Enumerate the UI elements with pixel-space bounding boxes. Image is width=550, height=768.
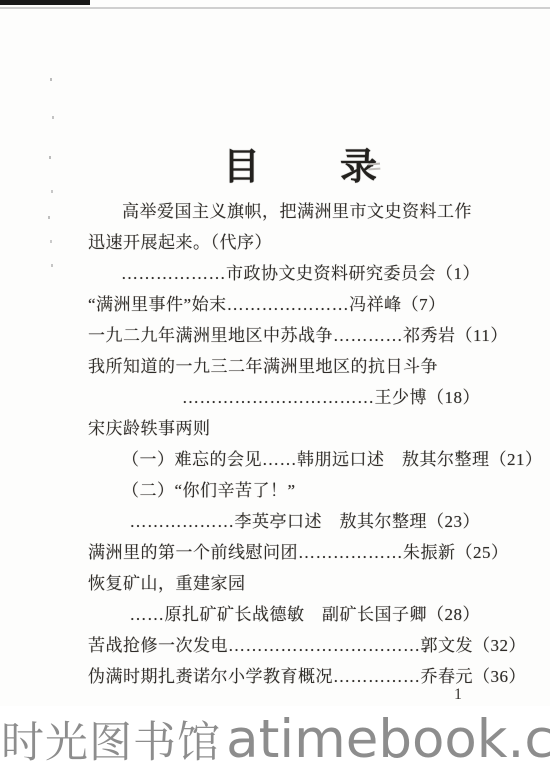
toc-line: ……………………………王少博（18）	[88, 382, 480, 413]
watermark-cjk-label: 时光图书馆	[1, 718, 221, 768]
scan-edge-artifact	[0, 0, 90, 5]
watermark-text: 时光图书馆 atimebook.com	[1, 713, 550, 766]
toc-line: 高举爱国主义旗帜，把满洲里市文史资料工作	[88, 196, 480, 227]
toc-line: ………………李英亭口述 敖其尔整理（23）	[88, 506, 480, 537]
toc-line: 伪满时期扎赉诺尔小学教育概况……………乔春元（36）	[88, 661, 480, 692]
page-title: 目 录	[0, 136, 550, 190]
toc-line: 一九二九年满洲里地区中苏战争…………祁秀岩（11）	[88, 320, 480, 351]
toc-line: ……原扎矿矿长战德敏 副矿长国子卿（28）	[88, 599, 480, 630]
toc-line: 宋庆龄轶事两则	[88, 413, 480, 444]
toc-line: 迅速开展起来。（代序）	[88, 227, 480, 258]
toc-line: ………………市政协文史资料研究委员会（1）	[88, 258, 480, 289]
watermark-bar: 时光图书馆 atimebook.com	[0, 706, 550, 768]
toc-lines: 高举爱国主义旗帜，把满洲里市文史资料工作迅速开展起来。（代序）………………市政协…	[88, 196, 480, 692]
toc-line: 苦战抢修一次发电……………………………郭文发（32）	[88, 630, 480, 661]
toc-line: （二）“你们辛苦了！”	[88, 475, 480, 506]
watermark-latin-label: atimebook.com	[226, 709, 550, 768]
toc-line: “满洲里事件”始末…………………冯祥峰（7）	[88, 289, 480, 320]
page-number: 1	[454, 686, 462, 704]
toc-line: 我所知道的一九三二年满洲里地区的抗日斗争	[88, 351, 480, 382]
scanned-book-page: 目 录 高举爱国主义旗帜，把满洲里市文史资料工作迅速开展起来。（代序）………………	[0, 0, 550, 768]
scan-line-artifact	[0, 7, 550, 9]
toc-line: 满洲里的第一个前线慰问团………………朱振新（25）	[88, 537, 480, 568]
scan-speck-artifacts	[50, 78, 52, 81]
toc-line: （一）难忘的会见……韩朋远口述 敖其尔整理（21）	[88, 444, 480, 475]
toc-line: 恢复矿山，重建家园	[88, 568, 480, 599]
